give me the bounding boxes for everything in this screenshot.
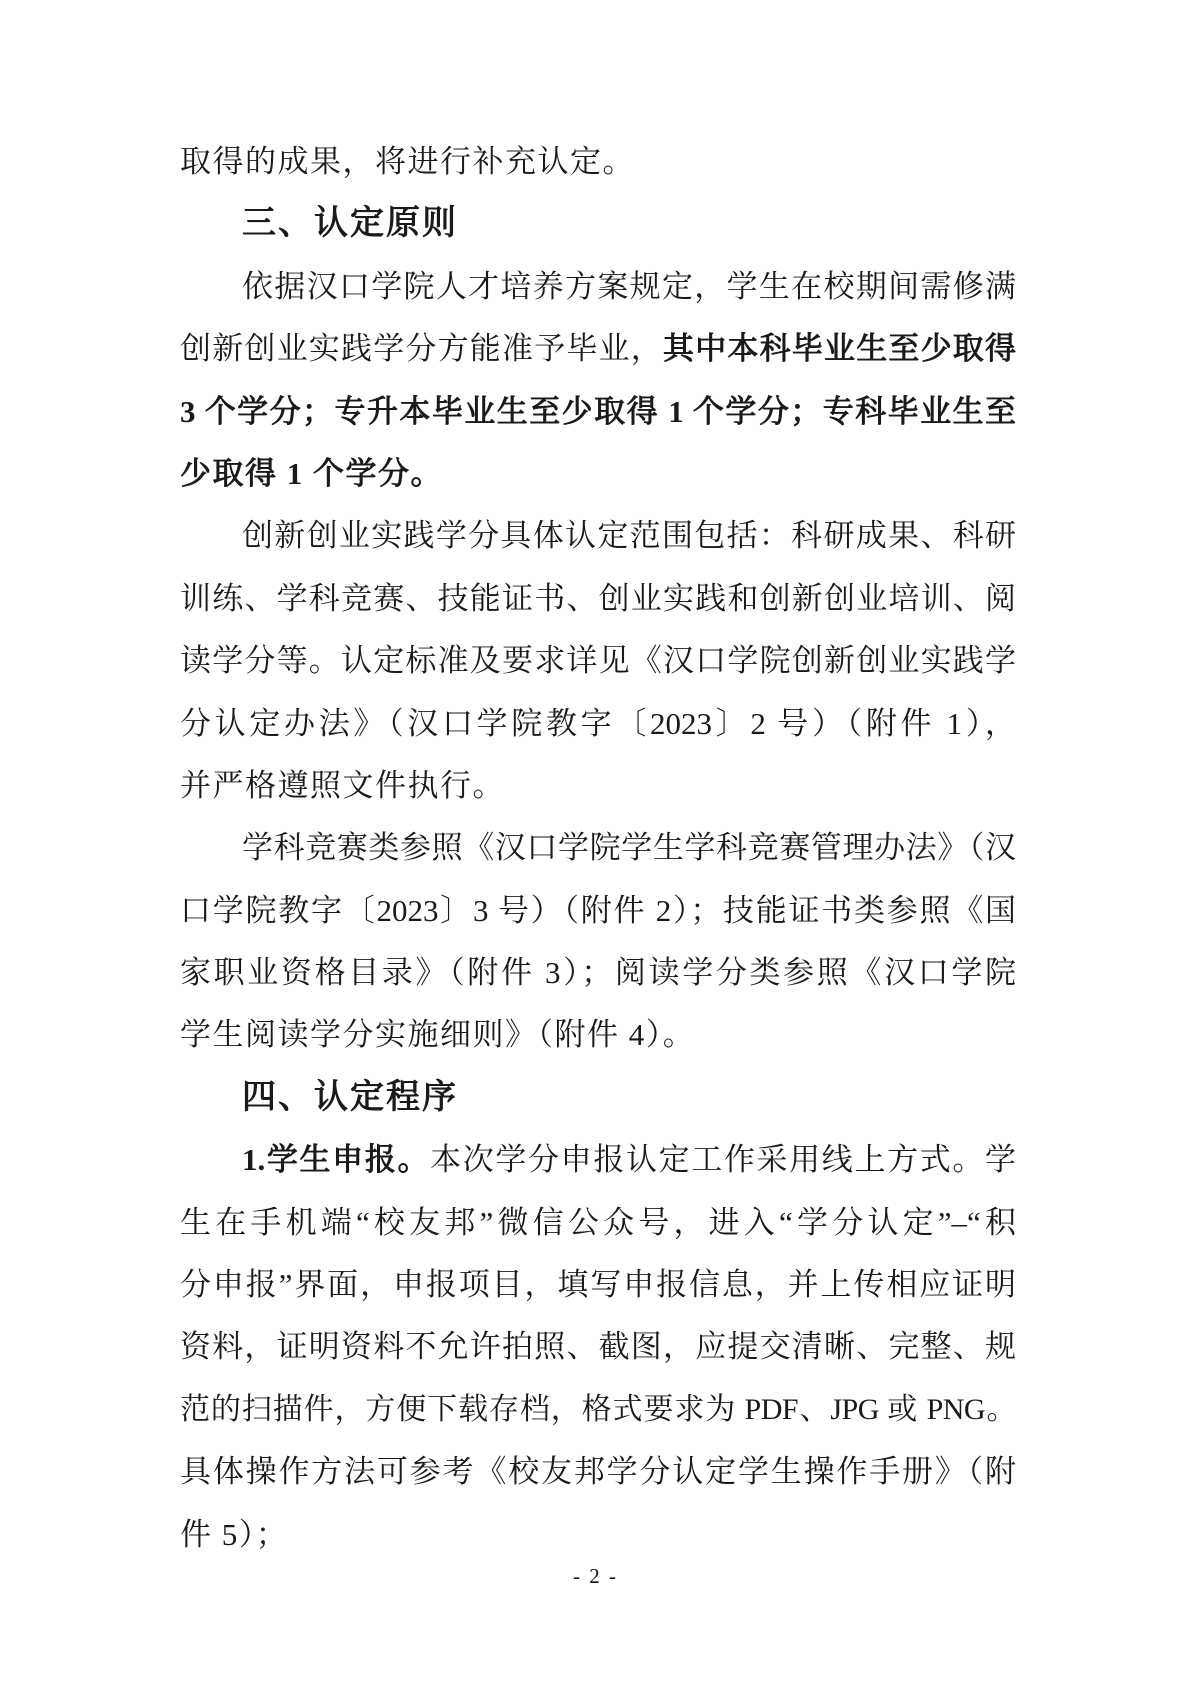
text-line: 资料，证明资料不允许拍照、截图，应提交清晰、完整、规: [180, 1316, 1016, 1378]
text-line: 口学院教字〔2023〕3 号）（附件 2）；技能证书类参照《国: [180, 880, 1016, 942]
text-segment: 读学分等。认定标准及要求详见《汉口学院创新创业实践学: [180, 643, 1016, 678]
text-line: 具体操作方法可参考《校友邦学分认定学生操作手册》（附: [180, 1441, 1016, 1503]
text-segment: 其中本科毕业生至少取得: [663, 331, 1016, 366]
text-segment: 件 5）；: [180, 1517, 288, 1552]
text-segment: 创新创业实践学分方能准予毕业，: [180, 331, 663, 366]
text-segment: 具体操作方法可参考《校友邦学分认定学生操作手册》（附: [180, 1454, 1016, 1489]
text-line: 学生阅读学分实施细则》（附件 4）。: [180, 1004, 1016, 1066]
text-segment: 学生阅读学分实施细则》（附件 4）。: [180, 1017, 695, 1052]
text-segment: 分认定办法》（汉口学院教字〔2023〕2 号）（附件 1），: [180, 706, 1016, 741]
text-line: 取得的成果，将进行补充认定。: [180, 131, 1016, 193]
text-line: 创新创业实践学分具体认定范围包括：科研成果、科研: [180, 505, 1016, 567]
text-segment: 三、认定原则: [242, 205, 458, 242]
text-line: 依据汉口学院人才培养方案规定，学生在校期间需修满: [180, 256, 1016, 318]
section-heading: 三、认定原则: [180, 193, 1016, 255]
text-segment: 并严格遵照文件执行。: [180, 768, 505, 803]
text-line: 3 个学分；专升本毕业生至少取得 1 个学分；专科毕业生至: [180, 381, 1016, 443]
text-line: 分认定办法》（汉口学院教字〔2023〕2 号）（附件 1），: [180, 693, 1016, 755]
text-line: 分申报”界面，申报项目，填写申报信息，并上传相应证明: [180, 1254, 1016, 1316]
text-segment: 创新创业实践学分具体认定范围包括：科研成果、科研: [242, 518, 1016, 553]
text-segment: 训练、学科竞赛、技能证书、创业实践和创新创业培训、阅: [180, 581, 1016, 616]
page-number: - 2 -: [0, 1556, 1191, 1596]
text-segment: 少取得 1 个学分。: [180, 456, 443, 491]
section-heading: 四、认定程序: [180, 1067, 1016, 1129]
text-line: 家职业资格目录》（附件 3）；阅读学分类参照《汉口学院: [180, 942, 1016, 1004]
text-line: 生在手机端“校友邦”微信公众号，进入“学分认定”–“积: [180, 1192, 1016, 1254]
text-line: 并严格遵照文件执行。: [180, 755, 1016, 817]
text-line: 训练、学科竞赛、技能证书、创业实践和创新创业培训、阅: [180, 568, 1016, 630]
text-segment: 生在手机端“校友邦”微信公众号，进入“学分认定”–“积: [180, 1205, 1016, 1240]
text-segment: 四、认定程序: [242, 1079, 458, 1116]
text-segment: 本次学分申报认定工作采用线上方式。学: [430, 1142, 1016, 1177]
text-segment: 取得的成果，将进行补充认定。: [180, 144, 635, 179]
text-segment: 学科竞赛类参照《汉口学院学生学科竞赛管理办法》（汉: [242, 830, 1016, 865]
text-segment: 分申报”界面，申报项目，填写申报信息，并上传相应证明: [180, 1267, 1016, 1302]
text-line: 范的扫描件，方便下载存档，格式要求为 PDF、JPG 或 PNG。: [180, 1379, 1016, 1441]
text-segment: 1.学生申报。: [242, 1142, 430, 1177]
text-line: 1.学生申报。本次学分申报认定工作采用线上方式。学: [180, 1129, 1016, 1191]
text-line: 创新创业实践学分方能准予毕业，其中本科毕业生至少取得: [180, 318, 1016, 380]
text-line: 读学分等。认定标准及要求详见《汉口学院创新创业实践学: [180, 630, 1016, 692]
text-segment: 资料，证明资料不允许拍照、截图，应提交清晰、完整、规: [180, 1329, 1016, 1364]
text-segment: 范的扫描件，方便下载存档，格式要求为 PDF、JPG 或 PNG。: [180, 1393, 1016, 1426]
text-segment: 家职业资格目录》（附件 3）；阅读学分类参照《汉口学院: [180, 955, 1016, 990]
document-body: 取得的成果，将进行补充认定。三、认定原则依据汉口学院人才培养方案规定，学生在校期…: [180, 131, 1016, 1566]
document-page: 取得的成果，将进行补充认定。三、认定原则依据汉口学院人才培养方案规定，学生在校期…: [0, 0, 1191, 1684]
text-segment: 口学院教字〔2023〕3 号）（附件 2）；技能证书类参照《国: [180, 893, 1016, 928]
text-segment: 3 个学分；专升本毕业生至少取得 1 个学分；专科毕业生至: [180, 394, 1016, 429]
text-line: 少取得 1 个学分。: [180, 443, 1016, 505]
text-line: 学科竞赛类参照《汉口学院学生学科竞赛管理办法》（汉: [180, 817, 1016, 879]
text-segment: 依据汉口学院人才培养方案规定，学生在校期间需修满: [242, 269, 1016, 304]
